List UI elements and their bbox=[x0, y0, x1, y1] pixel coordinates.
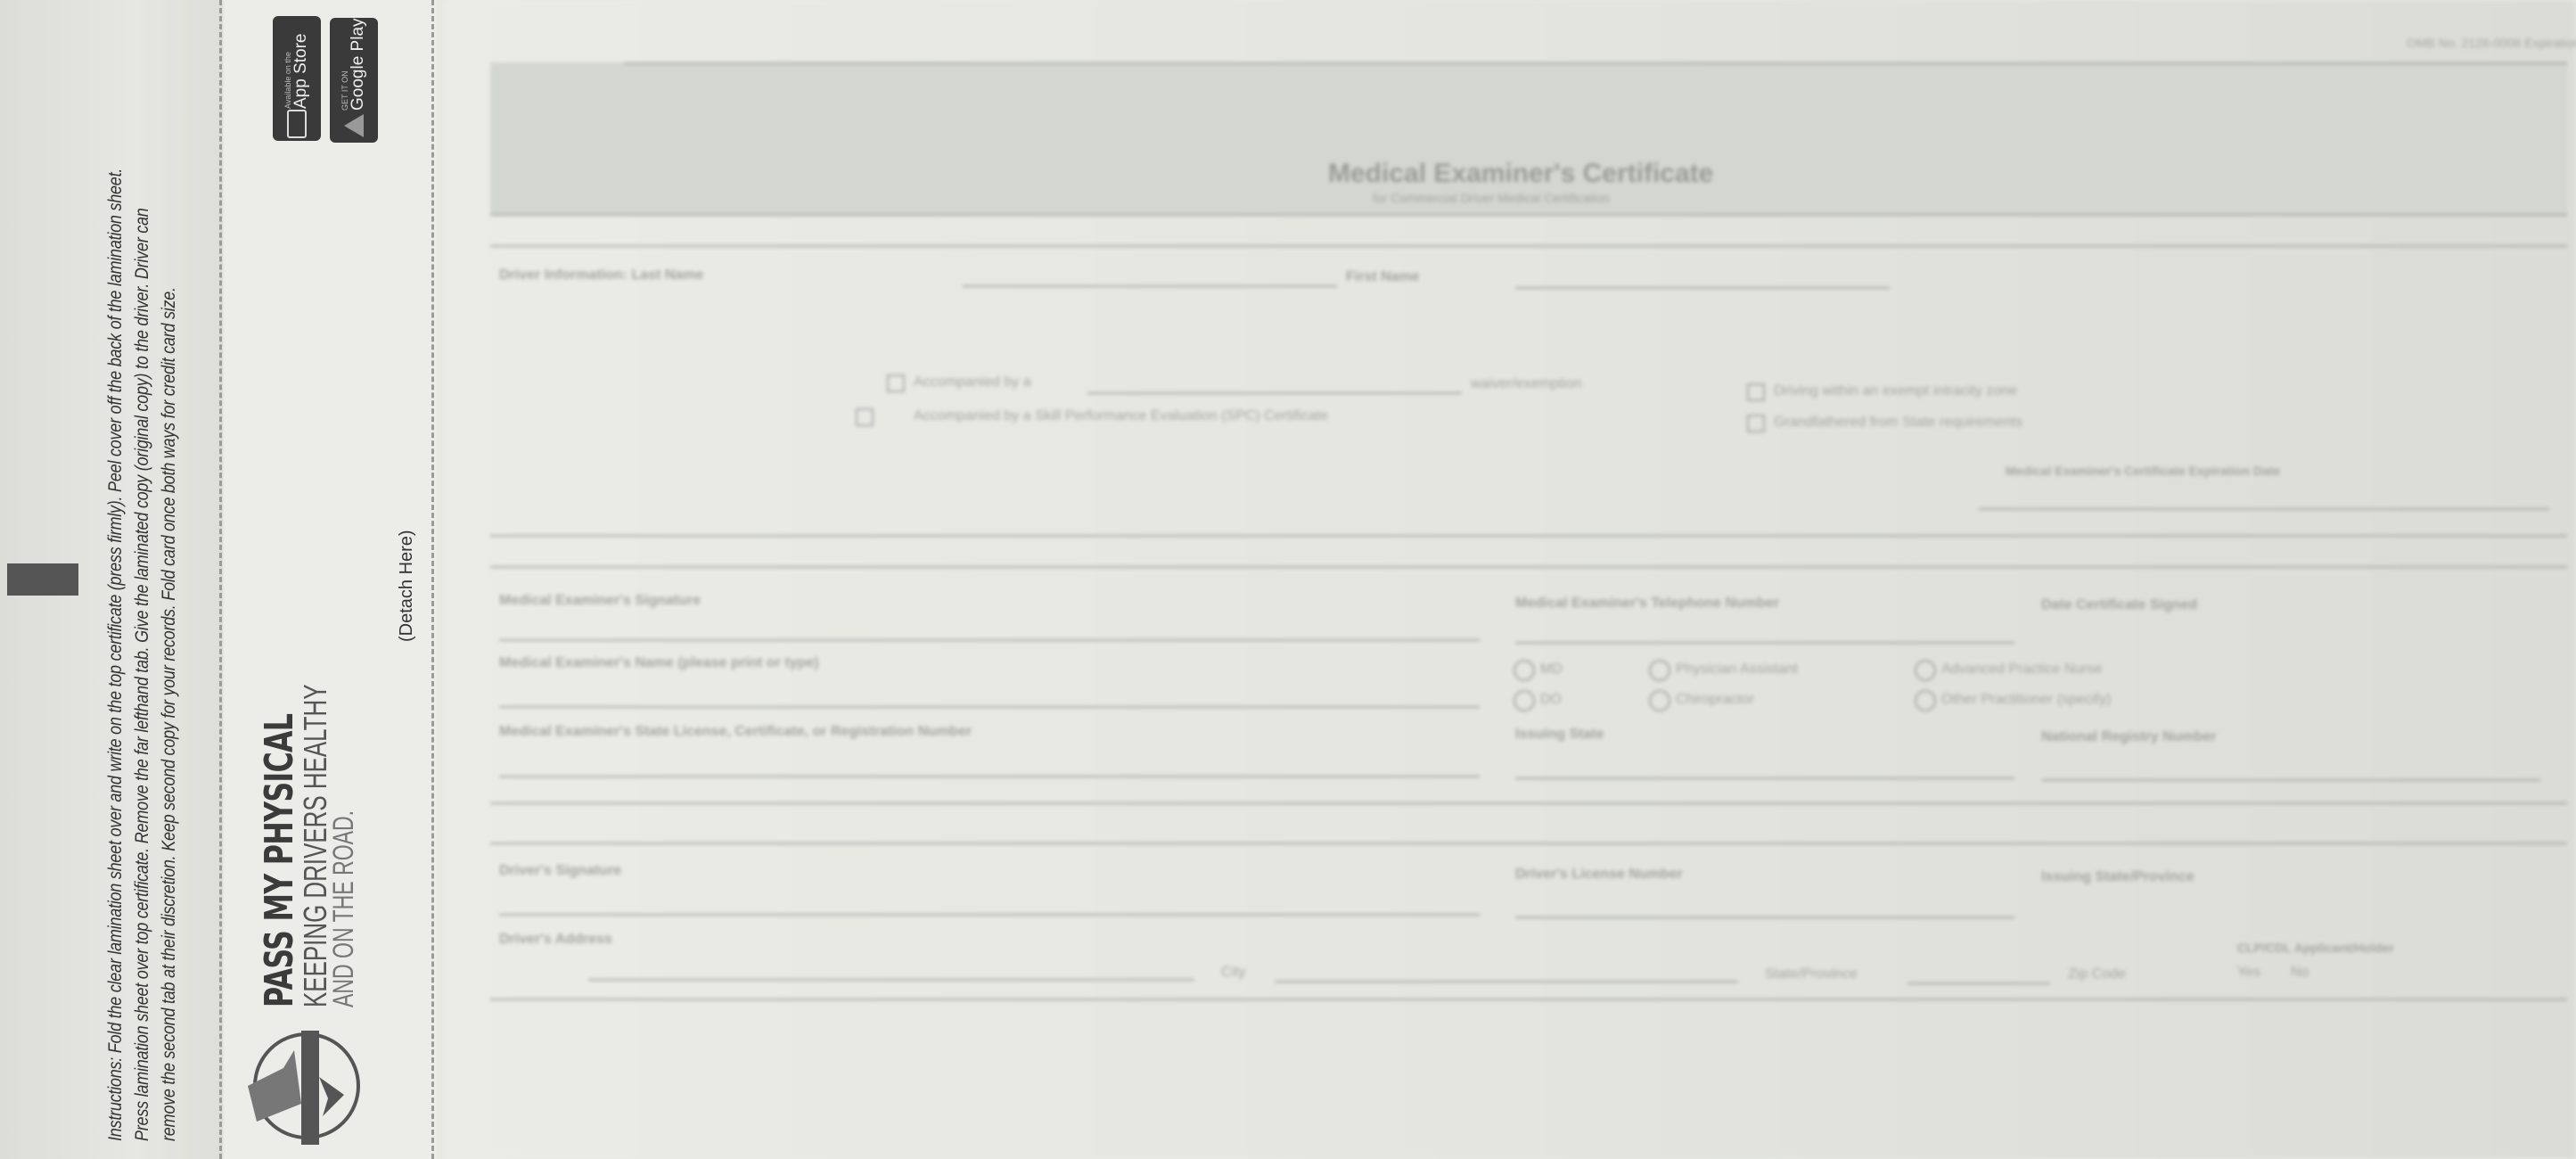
yes-option[interactable]: Yes bbox=[2237, 965, 2260, 981]
truck-driver-logo-icon bbox=[239, 1023, 364, 1148]
first-name-label: First Name bbox=[1346, 269, 1420, 285]
radio-label: Physician Assistant bbox=[1676, 662, 1798, 678]
perforation-line[interactable] bbox=[431, 0, 438, 1159]
waiver-label: waiver/exemption bbox=[1471, 376, 1582, 392]
radio-label: DO bbox=[1540, 692, 1562, 708]
brand-tagline: KEEPING DRIVERS HEALTHY bbox=[301, 558, 330, 1007]
play-icon bbox=[344, 114, 364, 137]
instruction-line: remove the second tab at their discretio… bbox=[159, 287, 180, 1141]
radio-label: Chiropractor bbox=[1676, 692, 1754, 708]
certificate-title: Medical Examiner's Certificate bbox=[1328, 159, 1713, 189]
issuing-state-label: Issuing State bbox=[1515, 727, 1604, 743]
brand-tagline-2: AND ON THE ROAD. bbox=[330, 558, 357, 1007]
checkbox-label: Accompanied by a bbox=[914, 374, 1031, 390]
instructions-tab: Instructions: Fold the clear lamination … bbox=[0, 0, 223, 1159]
omb-text: OMB No. 2126-0006 Expiration Date bbox=[2407, 36, 2576, 50]
checkbox-label: Driving within an exempt intracity zone bbox=[1774, 383, 2017, 399]
no-option[interactable]: No bbox=[2291, 965, 2309, 981]
radio-label: Advanced Practice Nurse bbox=[1941, 662, 2103, 678]
driver-license-label: Driver's License Number bbox=[1515, 867, 1683, 883]
cdl-label: CLP/CDL Applicant/Holder bbox=[2237, 941, 2394, 955]
radio-do[interactable] bbox=[1514, 690, 1535, 711]
checkbox-label: Accompanied by a Skill Performance Evalu… bbox=[914, 408, 1328, 424]
expiration-label: Medical Examiner's Certificate Expiratio… bbox=[2006, 464, 2280, 478]
license-label: Medical Examiner's State License, Certif… bbox=[499, 724, 972, 740]
checkbox[interactable] bbox=[1747, 383, 1765, 401]
cert-corner-text bbox=[472, 16, 476, 30]
checkbox-label: Grandfathered from State requirements bbox=[1774, 415, 2022, 431]
radio-label: Other Practitioner (specify) bbox=[1941, 692, 2111, 708]
radio-label: MD bbox=[1540, 662, 1563, 678]
city-label: City bbox=[1221, 965, 1246, 981]
date-signed-label: Date Certificate Signed bbox=[2041, 597, 2197, 613]
badge-label: App Store bbox=[292, 34, 310, 110]
radio-apn[interactable] bbox=[1915, 660, 1936, 681]
checkbox[interactable] bbox=[856, 408, 874, 426]
instructions-text: Instructions: Fold the clear lamination … bbox=[0, 0, 223, 1159]
state-province-label: State/Province bbox=[1765, 966, 1858, 982]
driver-address-label: Driver's Address bbox=[499, 932, 612, 948]
badge-label: Google Play bbox=[349, 18, 367, 111]
brand-name: PASS MY PHYSICAL bbox=[258, 558, 301, 1007]
zip-label: Zip Code bbox=[2068, 966, 2126, 982]
cert-statement bbox=[499, 308, 503, 323]
radio-pa[interactable] bbox=[1649, 660, 1670, 681]
driver-signature-label: Driver's Signature bbox=[499, 863, 621, 879]
checkbox[interactable] bbox=[887, 374, 905, 392]
medical-examiner-certificate: OMB No. 2126-0006 Expiration Date Medica… bbox=[446, 0, 2576, 1159]
google-play-badge[interactable]: GET IT ONGoogle Play bbox=[330, 18, 378, 143]
checkbox[interactable] bbox=[1747, 415, 1765, 432]
certificate-subtitle: for Commercial Driver Medical Certificat… bbox=[1373, 191, 1610, 205]
me-name-label: Medical Examiner's Name (please print or… bbox=[499, 655, 819, 671]
privacy-footer bbox=[499, 1061, 2460, 1077]
instruction-line: Instructions: Fold the clear lamination … bbox=[105, 169, 127, 1141]
radio-other[interactable] bbox=[1915, 690, 1936, 711]
radio-md[interactable] bbox=[1514, 660, 1535, 681]
phone-icon bbox=[287, 110, 307, 138]
me-phone-label: Medical Examiner's Telephone Number bbox=[1515, 596, 1779, 612]
radio-chiropractor[interactable] bbox=[1649, 690, 1670, 711]
instruction-line: Press lamination sheet over top certific… bbox=[132, 208, 153, 1141]
me-signature-label: Medical Examiner's Signature bbox=[499, 593, 701, 609]
last-name-label: Driver Information: Last Name bbox=[499, 267, 703, 284]
issuing-state-province-label: Issuing State/Province bbox=[2041, 869, 2195, 885]
app-store-badge[interactable]: Available on theApp Store bbox=[273, 16, 321, 141]
national-registry-label: National Registry Number bbox=[2041, 729, 2216, 745]
detach-label: (Detach Here) bbox=[397, 410, 432, 642]
